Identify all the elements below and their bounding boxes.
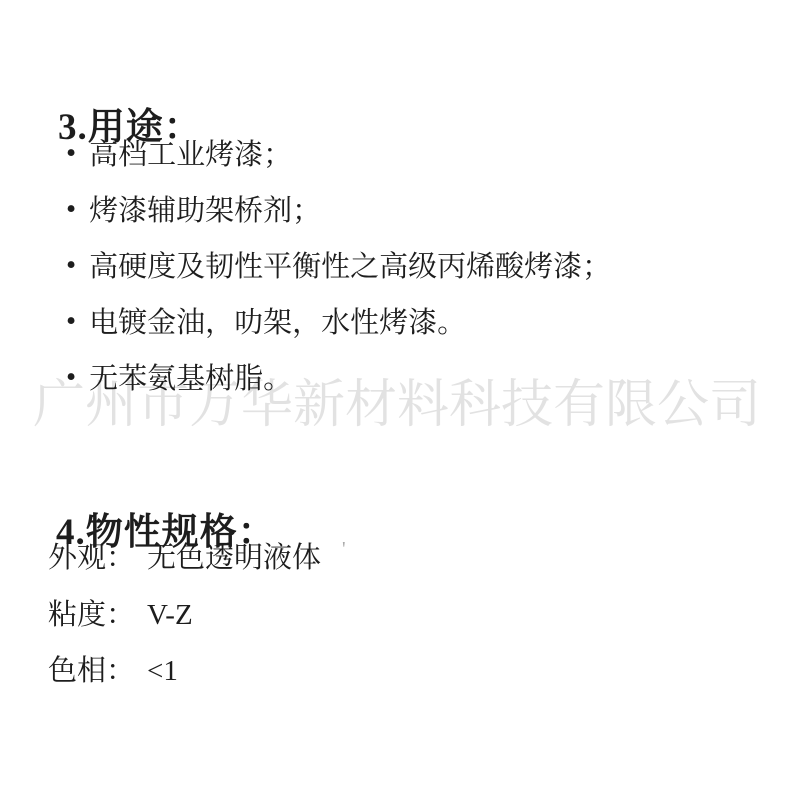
usage-item-text: 无苯氨基树脂。: [89, 365, 292, 394]
usage-item-text: 电镀金油，叻架，水性烤漆。: [89, 309, 466, 338]
spec-value: <1: [147, 655, 178, 687]
spec-label: 色相：: [48, 655, 135, 687]
spec-row-viscosity: 粘度：V-Z: [48, 601, 193, 630]
usage-item-text: 高硬度及韧性平衡性之高级丙烯酸烤漆；: [89, 253, 611, 282]
bullet-icon: •: [66, 251, 76, 280]
bullet-icon: •: [66, 139, 76, 168]
bullet-icon: •: [66, 307, 76, 336]
bullet-icon: •: [66, 195, 76, 224]
product-description-page: 广州市万华新材料科技有限公司 3.用途： • 高档工业烤漆； • 烤漆辅助架桥剂…: [0, 0, 800, 800]
spec-label: 外观：: [48, 542, 135, 574]
spec-value: 无色透明液体: [147, 542, 321, 574]
usage-item-text: 高档工业烤漆；: [89, 141, 292, 170]
usage-item-text: 烤漆辅助架桥剂；: [89, 197, 321, 226]
spec-label: 粘度：: [48, 599, 135, 631]
bullet-icon: •: [66, 363, 76, 392]
list-item: • 烤漆辅助架桥剂；: [66, 197, 611, 226]
spec-row-hue: 色相：<1: [48, 657, 178, 686]
list-item: • 高档工业烤漆；: [66, 141, 611, 170]
spec-row-appearance: 外观：无色透明液体: [48, 544, 321, 573]
stray-mark: ': [342, 538, 346, 561]
spec-value: V-Z: [147, 599, 193, 631]
list-item: • 高硬度及韧性平衡性之高级丙烯酸烤漆；: [66, 253, 611, 282]
usage-list: • 高档工业烤漆； • 烤漆辅助架桥剂； • 高硬度及韧性平衡性之高级丙烯酸烤漆…: [66, 141, 611, 421]
list-item: • 无苯氨基树脂。: [66, 365, 611, 394]
list-item: • 电镀金油，叻架，水性烤漆。: [66, 309, 611, 338]
